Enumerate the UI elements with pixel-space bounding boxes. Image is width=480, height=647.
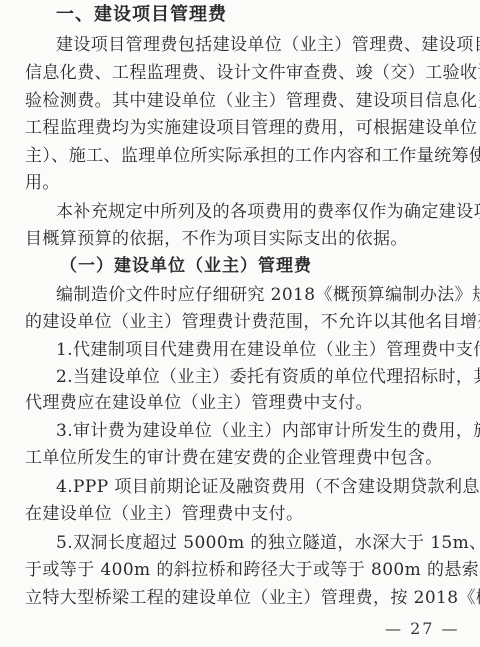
paragraph-line: 本补充规定中所列及的各项费用的费率仅作为确定建设项 — [56, 201, 457, 223]
document-page: 一、建设项目管理费 建设项目管理费包括建设单位（业主）管理费、建设项目 信息化费… — [0, 0, 480, 647]
paragraph-line: 工程监理费均为实施建设项目管理的费用，可根据建设单位（业 — [25, 117, 457, 139]
paragraph-line: 主）、施工、监理单位所实际承担的工作内容和工作量统筹使 — [25, 145, 457, 167]
list-item-4-cont: 在建设单位（业主）管理费中支付。 — [25, 503, 457, 525]
list-item-5: 5.双洞长度超过 5000m 的独立隧道，水深大于 15m、跨径大 — [56, 532, 457, 554]
paragraph-line: 验检测费。其中建设单位（业主）管理费、建设项目信息化费、 — [25, 90, 457, 112]
list-item-5-cont: 于或等于 400m 的斜拉桥和跨径大于或等于 800m 的悬索桥等独 — [25, 559, 457, 581]
list-item-2-cont: 代理费应在建设单位（业主）管理费中支付。 — [25, 392, 457, 414]
list-item-5-cont: 立特大型桥梁工程的建设单位（业主）管理费，按 2018《概预 — [25, 587, 457, 609]
list-item-3-cont: 工单位所发生的审计费在建安费的企业管理费中包含。 — [25, 447, 457, 469]
paragraph-line: 信息化费、工程监理费、设计文件审查费、竣（交）工验收试 — [25, 62, 457, 84]
list-item-1: 1.代建制项目代建费用在建设单位（业主）管理费中支付。 — [56, 339, 457, 361]
paragraph-line: 目概算预算的依据，不作为项目实际支出的依据。 — [25, 228, 457, 250]
page-number: — 27 — — [385, 618, 460, 640]
list-item-3: 3.审计费为建设单位（业主）内部审计所发生的费用，施 — [56, 420, 457, 442]
subsection-title: （一）建设单位（业主）管理费 — [60, 255, 312, 277]
paragraph-line: 用。 — [25, 172, 457, 194]
paragraph-line: 编制造价文件时应仔细研究 2018《概预算编制办法》规定 — [56, 284, 457, 306]
list-item-2: 2.当建设单位（业主）委托有资质的单位代理招标时，其 — [56, 366, 457, 388]
paragraph-line: 建设项目管理费包括建设单位（业主）管理费、建设项目 — [56, 34, 457, 56]
section-title: 一、建设项目管理费 — [56, 4, 227, 26]
paragraph-line: 的建设单位（业主）管理费计费范围，不允许以其他名目增列。 — [25, 311, 457, 333]
list-item-4: 4.PPP 项目前期论证及融资费用（不含建设期贷款利息）应 — [56, 476, 457, 498]
